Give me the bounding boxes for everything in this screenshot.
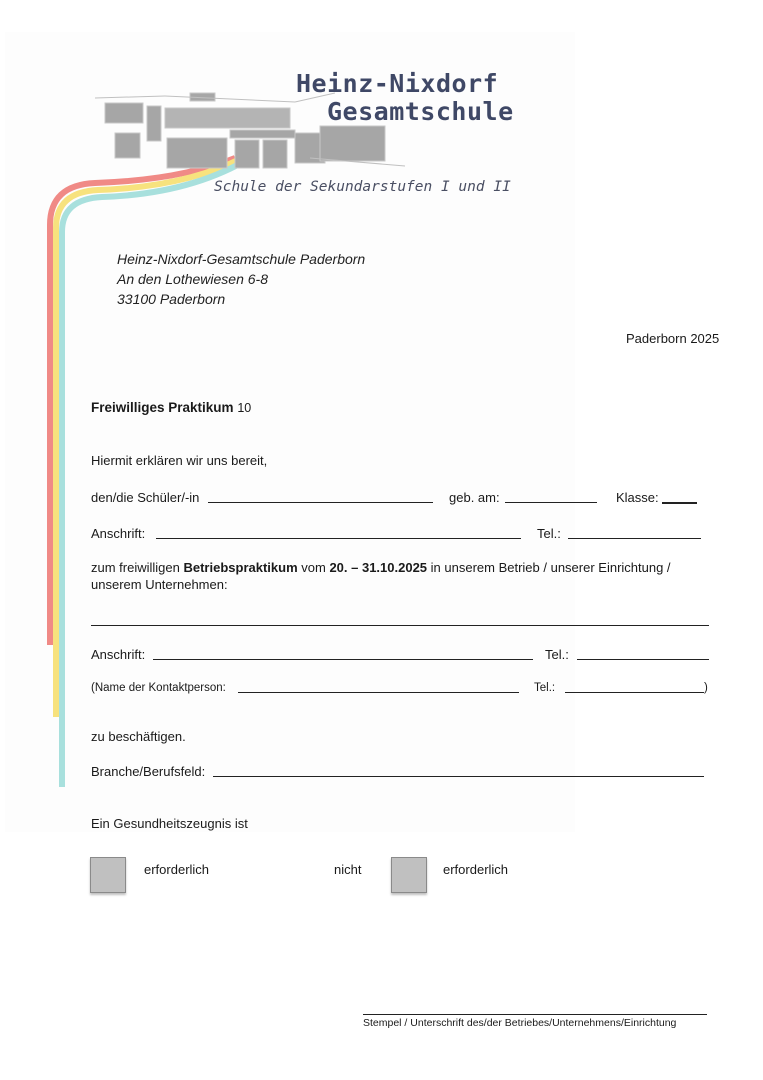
industry-field[interactable] [213,776,704,777]
internship-type: Betriebspraktikum [183,560,297,575]
place-date: Paderborn 2025 [626,331,719,347]
employ-text: zu beschäftigen. [91,729,186,745]
school-subtitle: Schule der Sekundarstufen I und II [214,179,511,195]
internship-dates: 20. – 31.10.2025 [329,560,427,575]
school-name-line2: Gesamtschule [327,98,514,126]
internship-pre: zum freiwilligen [91,560,183,575]
internship-line2: unserem Unternehmen: [91,577,228,593]
health-not-required-label: erforderlich [443,862,508,878]
form-title-text: Freiwilliges Praktikum [91,400,234,415]
form-title: Freiwilliges Praktikum 10 [91,400,251,415]
company-phone-field[interactable] [577,659,709,660]
contact-label: (Name der Kontaktperson: [91,681,226,695]
internship-statement: zum freiwilligen Betriebspraktikum vom 2… [91,560,671,576]
company-phone-label: Tel.: [545,647,569,663]
contact-close-paren: ) [704,681,708,695]
student-label: den/die Schüler/-in [91,490,199,506]
contact-phone-field[interactable] [565,692,704,693]
dob-field[interactable] [505,502,597,503]
health-certificate-label: Ein Gesundheitszeugnis ist [91,816,248,832]
class-label: Klasse: [616,490,659,506]
student-address-field[interactable] [156,538,521,539]
internship-post: in unserem Betrieb / unserer Einrichtung… [427,560,671,575]
dob-label: geb. am: [449,490,500,506]
health-not-required-checkbox[interactable] [391,857,427,893]
internship-mid: vom [298,560,330,575]
signature-caption: Stempel / Unterschrift des/der Betriebes… [363,1017,676,1030]
health-required-label: erforderlich [144,862,209,878]
contact-name-field[interactable] [238,692,519,693]
health-required-checkbox[interactable] [90,857,126,893]
student-phone-field[interactable] [568,538,701,539]
contact-phone-label: Tel.: [534,681,555,695]
industry-label: Branche/Berufsfeld: [91,764,205,780]
student-address-label: Anschrift: [91,526,145,542]
intro-text: Hiermit erklären wir uns bereit, [91,453,267,469]
company-address-label: Anschrift: [91,647,145,663]
school-name-line1: Heinz-Nixdorf [296,70,498,98]
health-not-prefix: nicht [334,862,361,878]
recipient-line1: Heinz-Nixdorf-Gesamtschule Paderborn [117,249,365,269]
class-field[interactable] [662,502,697,504]
recipient-line3: 33100 Paderborn [117,289,365,309]
form-title-grade: 10 [237,401,251,415]
recipient-line2: An den Lothewiesen 6-8 [117,269,365,289]
company-name-field[interactable] [91,625,709,626]
student-phone-label: Tel.: [537,526,561,542]
signature-field[interactable] [363,1014,707,1015]
company-address-field[interactable] [153,659,533,660]
recipient-address: Heinz-Nixdorf-Gesamtschule Paderborn An … [117,249,365,309]
student-name-field[interactable] [208,502,433,503]
